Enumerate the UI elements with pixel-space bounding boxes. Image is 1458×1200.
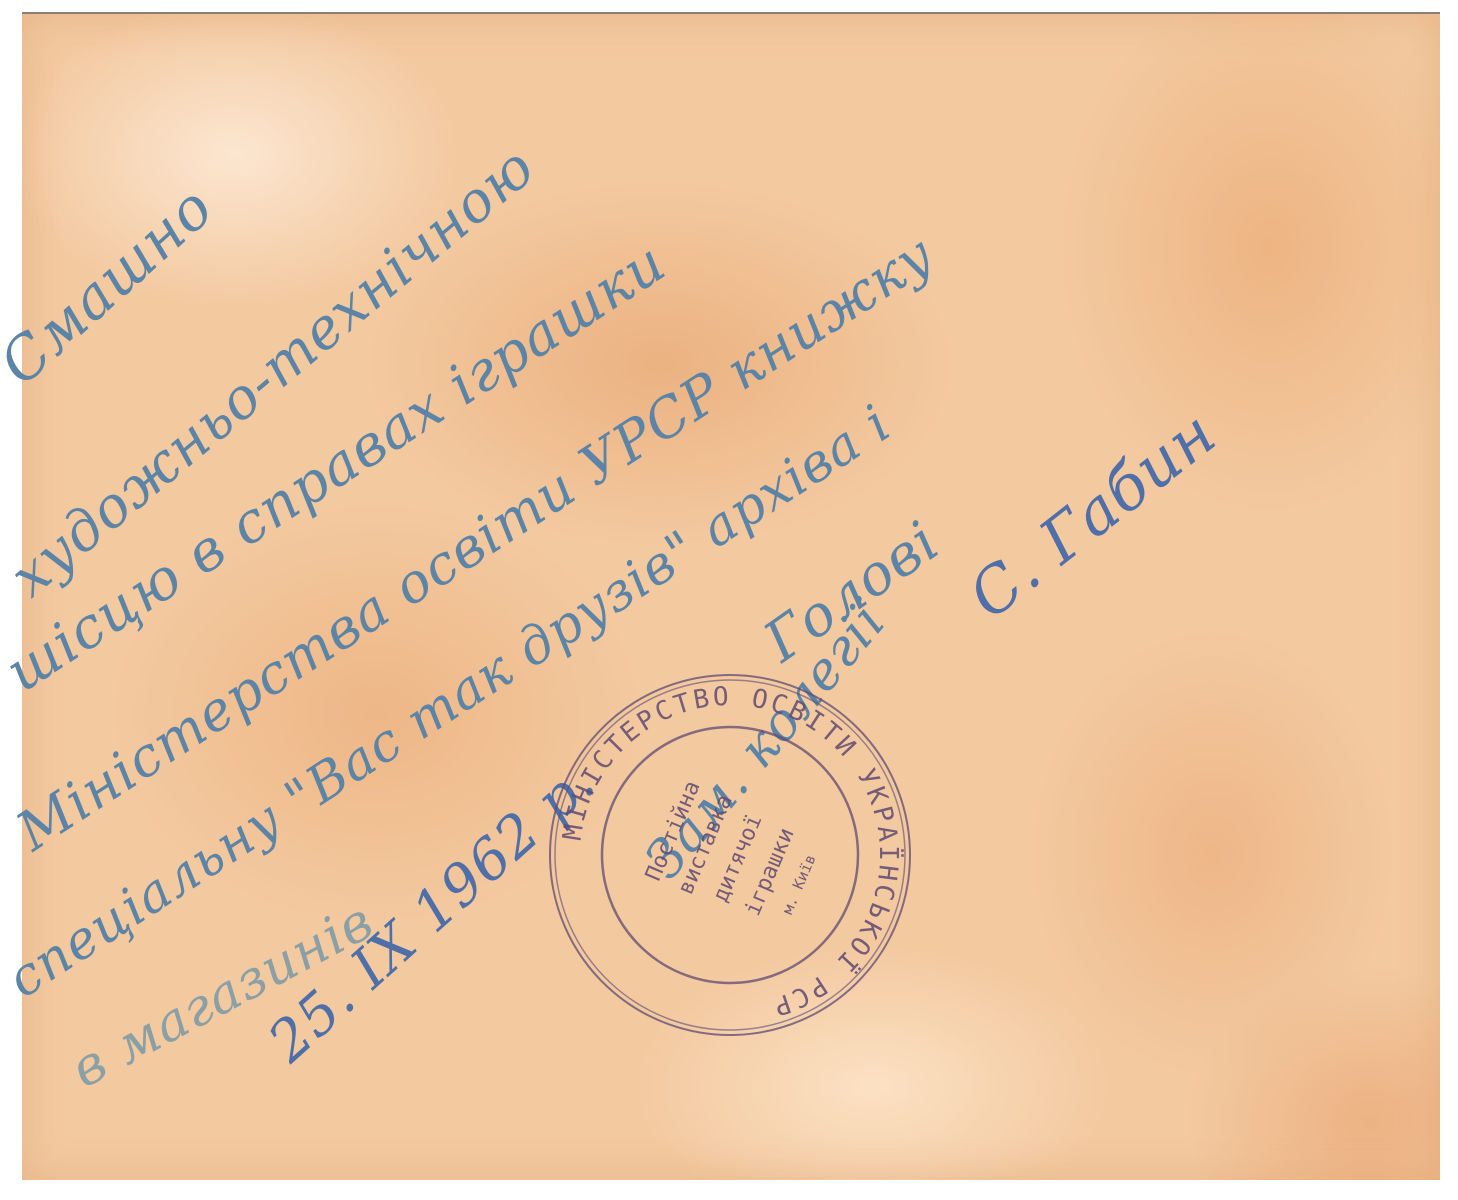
stamp-graphic: МІНІСТЕРСТВО ОСВІТИ УКРАЇНСЬКОЇ РСР Пост… <box>539 664 922 1047</box>
official-stamp: МІНІСТЕРСТВО ОСВІТИ УКРАЇНСЬКОЇ РСР Пост… <box>539 664 922 1047</box>
